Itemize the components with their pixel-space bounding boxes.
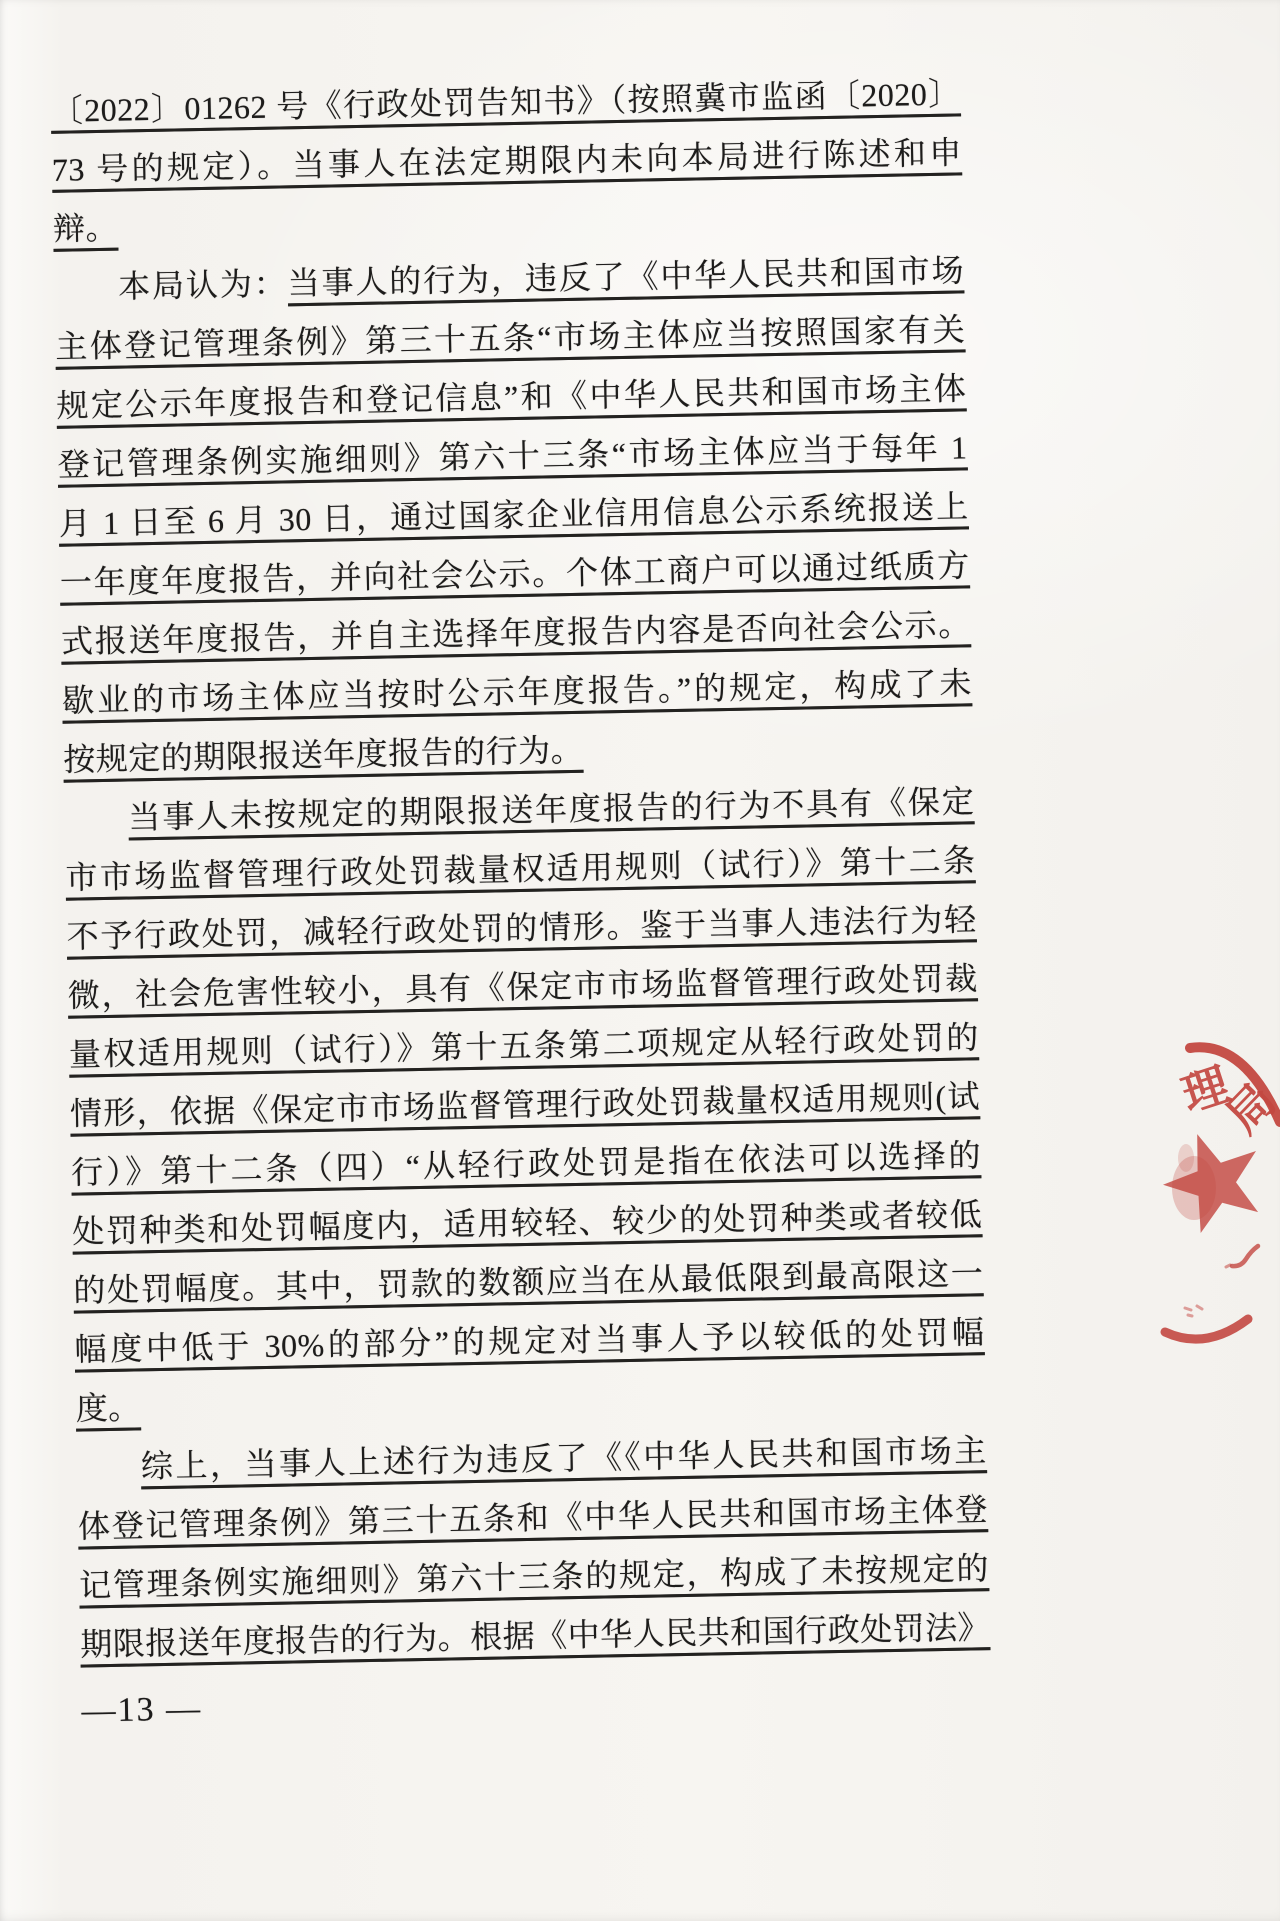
seal-ring-arc-bottom [1165,1319,1248,1339]
official-seal-stamp: 理 局 [1140,1020,1280,1380]
doc-line-text: 当事人的行为，违反了《中华人民共和国市场 [287,252,964,301]
doc-line-prefix: 本局认为： [118,265,288,304]
seal-star-icon [1163,1134,1258,1233]
document-body: 〔2022〕01262 号《行政处罚告知书》（按照冀市监函〔2020〕 73 号… [50,64,991,1730]
seal-smudge-mark [1232,1246,1258,1266]
page-number: —13 — [81,1675,992,1730]
seal-smudge-dots [1185,1306,1202,1316]
scanned-document-page: 〔2022〕01262 号《行政处罚告知书》（按照冀市监函〔2020〕 73 号… [0,0,1280,1921]
